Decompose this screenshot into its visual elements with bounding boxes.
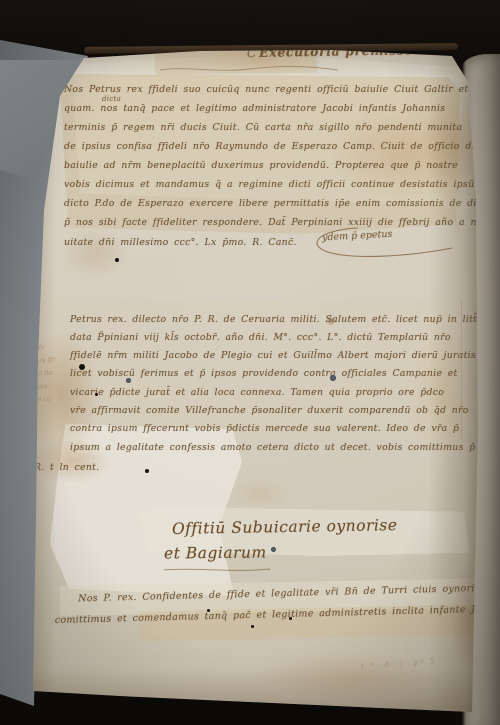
text-line: ipsum a legalitate confessis amoto ceter… — [70, 442, 475, 453]
ink-blot — [79, 364, 85, 370]
manuscript-photo: CExecutoria premisse Nos Petrus rex ffid… — [0, 0, 500, 725]
wormhole — [207, 609, 210, 612]
text-line: Nos Petrus rex ffideli suo cuicūq nunc r… — [64, 84, 468, 95]
text-line: vicarie p̄dicte jurat̄ et alia loca conn… — [70, 387, 444, 398]
interlinear-addition: dicta — [102, 95, 121, 103]
small-hole — [330, 375, 336, 381]
text-line: terminis p̄ regem nr̄i ducis Ciuit. Cū c… — [64, 122, 462, 133]
wormhole — [115, 258, 119, 262]
text-line: vr̄e affirmavit comite Villefranche p̄so… — [70, 405, 469, 416]
wormhole — [289, 617, 292, 620]
text-line: quam. nos tanq̄ pace et legitimo adminis… — [64, 103, 445, 114]
wormhole — [251, 625, 254, 628]
text-line: ffidelē nr̄m militi Jacobo de Plegio cui… — [70, 350, 476, 361]
text-line: contra ipsum ffecerunt vobis p̄dictis me… — [70, 423, 459, 434]
wormhole — [145, 469, 149, 473]
text-line: baiulie ad nr̄m beneplacitū duxerimus pr… — [64, 160, 458, 171]
manuscript-page: CExecutoria premisse Nos Petrus rex ffid… — [0, 0, 500, 725]
gutter-shadow — [428, 50, 480, 715]
small-hole — [126, 378, 131, 383]
stain — [230, 478, 290, 508]
paragraph-2: Petrus rex. dilecto nr̄o P. R. de Ceruar… — [70, 310, 470, 475]
page-edge-shadow-bottom — [33, 668, 478, 714]
section-heading-line2: et Bagiarum — [164, 544, 267, 563]
text-line: de ipsius confisa ffideli nr̄o Raymundo … — [64, 141, 490, 152]
wormhole — [95, 393, 98, 396]
text-line: uitate dn̄i millesimo ccc°. Lx p̄mo. R. … — [64, 237, 297, 248]
text-line: data P̄piniani viij kl̄s octobr̄. año dn… — [70, 332, 451, 343]
small-hole — [271, 547, 276, 552]
